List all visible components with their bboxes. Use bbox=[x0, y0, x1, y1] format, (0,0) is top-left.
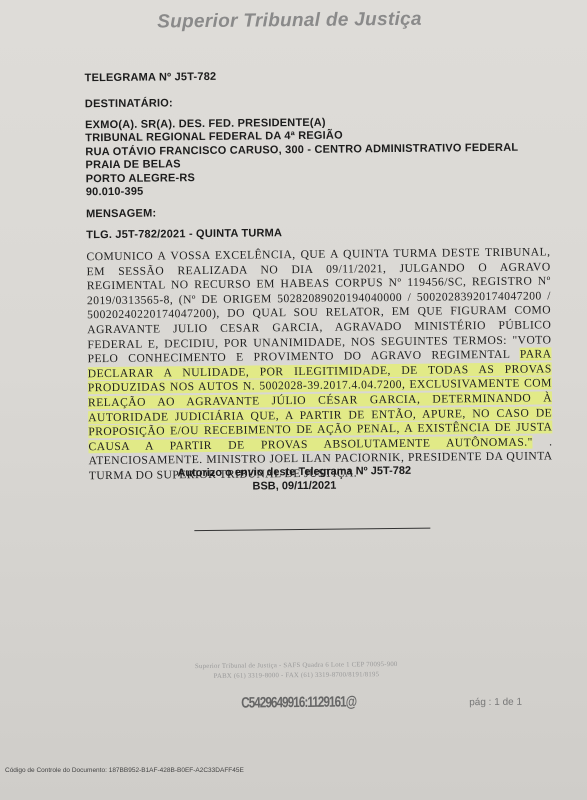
authorization-block: Autorizo o envio deste Telegrama Nº J5T-… bbox=[1, 462, 587, 496]
signature-line bbox=[194, 528, 430, 531]
control-code: Código de Controle do Documento: 187BB95… bbox=[5, 767, 244, 774]
barcode-text: C5429649916:1129161@ bbox=[241, 693, 356, 711]
message-body: COMUNICO A VOSSA EXCELÊNCIA, QUE A QUINT… bbox=[86, 245, 552, 483]
institution-header: Superior Tribunal de Justiça bbox=[0, 7, 583, 35]
page-indicator: pág : 1 de 1 bbox=[469, 697, 522, 709]
message-text: COMUNICO A VOSSA EXCELÊNCIA, QUE A QUINT… bbox=[86, 245, 551, 365]
telegram-reference: TLG. J5T-782/2021 - QUINTA TURMA bbox=[86, 227, 282, 241]
telegram-number: TELEGRAMA Nº J5T-782 bbox=[85, 71, 217, 84]
recipient-address: EXMO(A). SR(A). DES. FED. PRESIDENTE(A) … bbox=[85, 115, 519, 200]
message-label: MENSAGEM: bbox=[86, 207, 156, 220]
recipient-label: DESTINATÁRIO: bbox=[85, 97, 173, 110]
document-page: Superior Tribunal de Justiça TELEGRAMA N… bbox=[0, 0, 587, 800]
footer-address: Superior Tribunal de Justiça - SAFS Quad… bbox=[3, 658, 587, 684]
